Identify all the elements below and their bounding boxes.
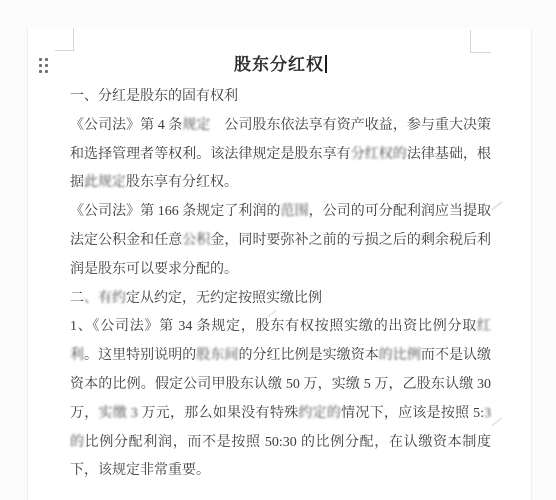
smudged-text-segment: 此规定	[84, 175, 126, 190]
text-cursor-caret	[325, 55, 327, 73]
paragraph[interactable]: 《公司法》第 4 条规定 公司股东依法享有资产收益，参与重大决策和选择管理者等权…	[70, 112, 491, 198]
document-title[interactable]: 股东分红权	[70, 50, 491, 75]
text-segment: 一、分红是股东的固有权利	[70, 89, 238, 104]
document-title-text: 股东分红权	[234, 55, 324, 74]
document-body[interactable]: 一、分红是股东的固有权利《公司法》第 4 条规定 公司股东依法享有资产收益，参与…	[70, 83, 491, 486]
text-segment: 股东享有分红权。	[126, 175, 238, 190]
smudged-text-segment: 股东间	[196, 348, 238, 363]
smudged-text-segment: 公积	[182, 233, 210, 248]
paragraph[interactable]: 《公司法》第 166 条规定了利润的范围，公司的可分配利润应当提取法定公积金和任…	[70, 198, 491, 284]
smudged-text-segment: 实缴 3	[99, 406, 142, 421]
text-segment: 比例分配利润，而不是按照 50:30 的比例分配，在认缴资本制度下，该规定非常重…	[70, 435, 491, 479]
text-segment: 万元，那么如果没有特殊	[142, 406, 299, 421]
heading[interactable]: 一、分红是股东的固有权利	[70, 83, 491, 112]
smudged-text-segment: 范围	[281, 204, 309, 219]
text-segment: 二	[70, 291, 84, 306]
smudged-text-segment: 、有约	[84, 291, 126, 306]
text-segment: 。这里特别说明的	[84, 348, 196, 363]
text-segment: 的分红比例是实缴资本	[238, 348, 378, 363]
text-segment: 《公司法》第 166 条规定了利润的	[70, 204, 281, 219]
text-segment: 《公司法》第 4 条	[70, 118, 182, 133]
smudged-text-segment: 约定的	[298, 406, 341, 421]
drag-handle-icon[interactable]	[39, 58, 48, 73]
text-segment: 定从约定，无约定按照实缴比例	[126, 291, 322, 306]
smudged-text-segment: 规定	[182, 118, 210, 133]
smudged-text-segment: 的比例	[379, 348, 421, 363]
smudged-text-segment: 分红权的	[351, 147, 407, 162]
margin-crop-mark-top-left	[55, 28, 74, 51]
heading[interactable]: 二、有约定从约定，无约定按照实缴比例	[70, 285, 491, 314]
text-segment: 情况下，应该是按照 5:	[341, 406, 484, 421]
paragraph[interactable]: 1、《公司法》第 34 条规定，股东有权按照实缴的出资比例分取红利。这里特别说明…	[70, 313, 491, 486]
